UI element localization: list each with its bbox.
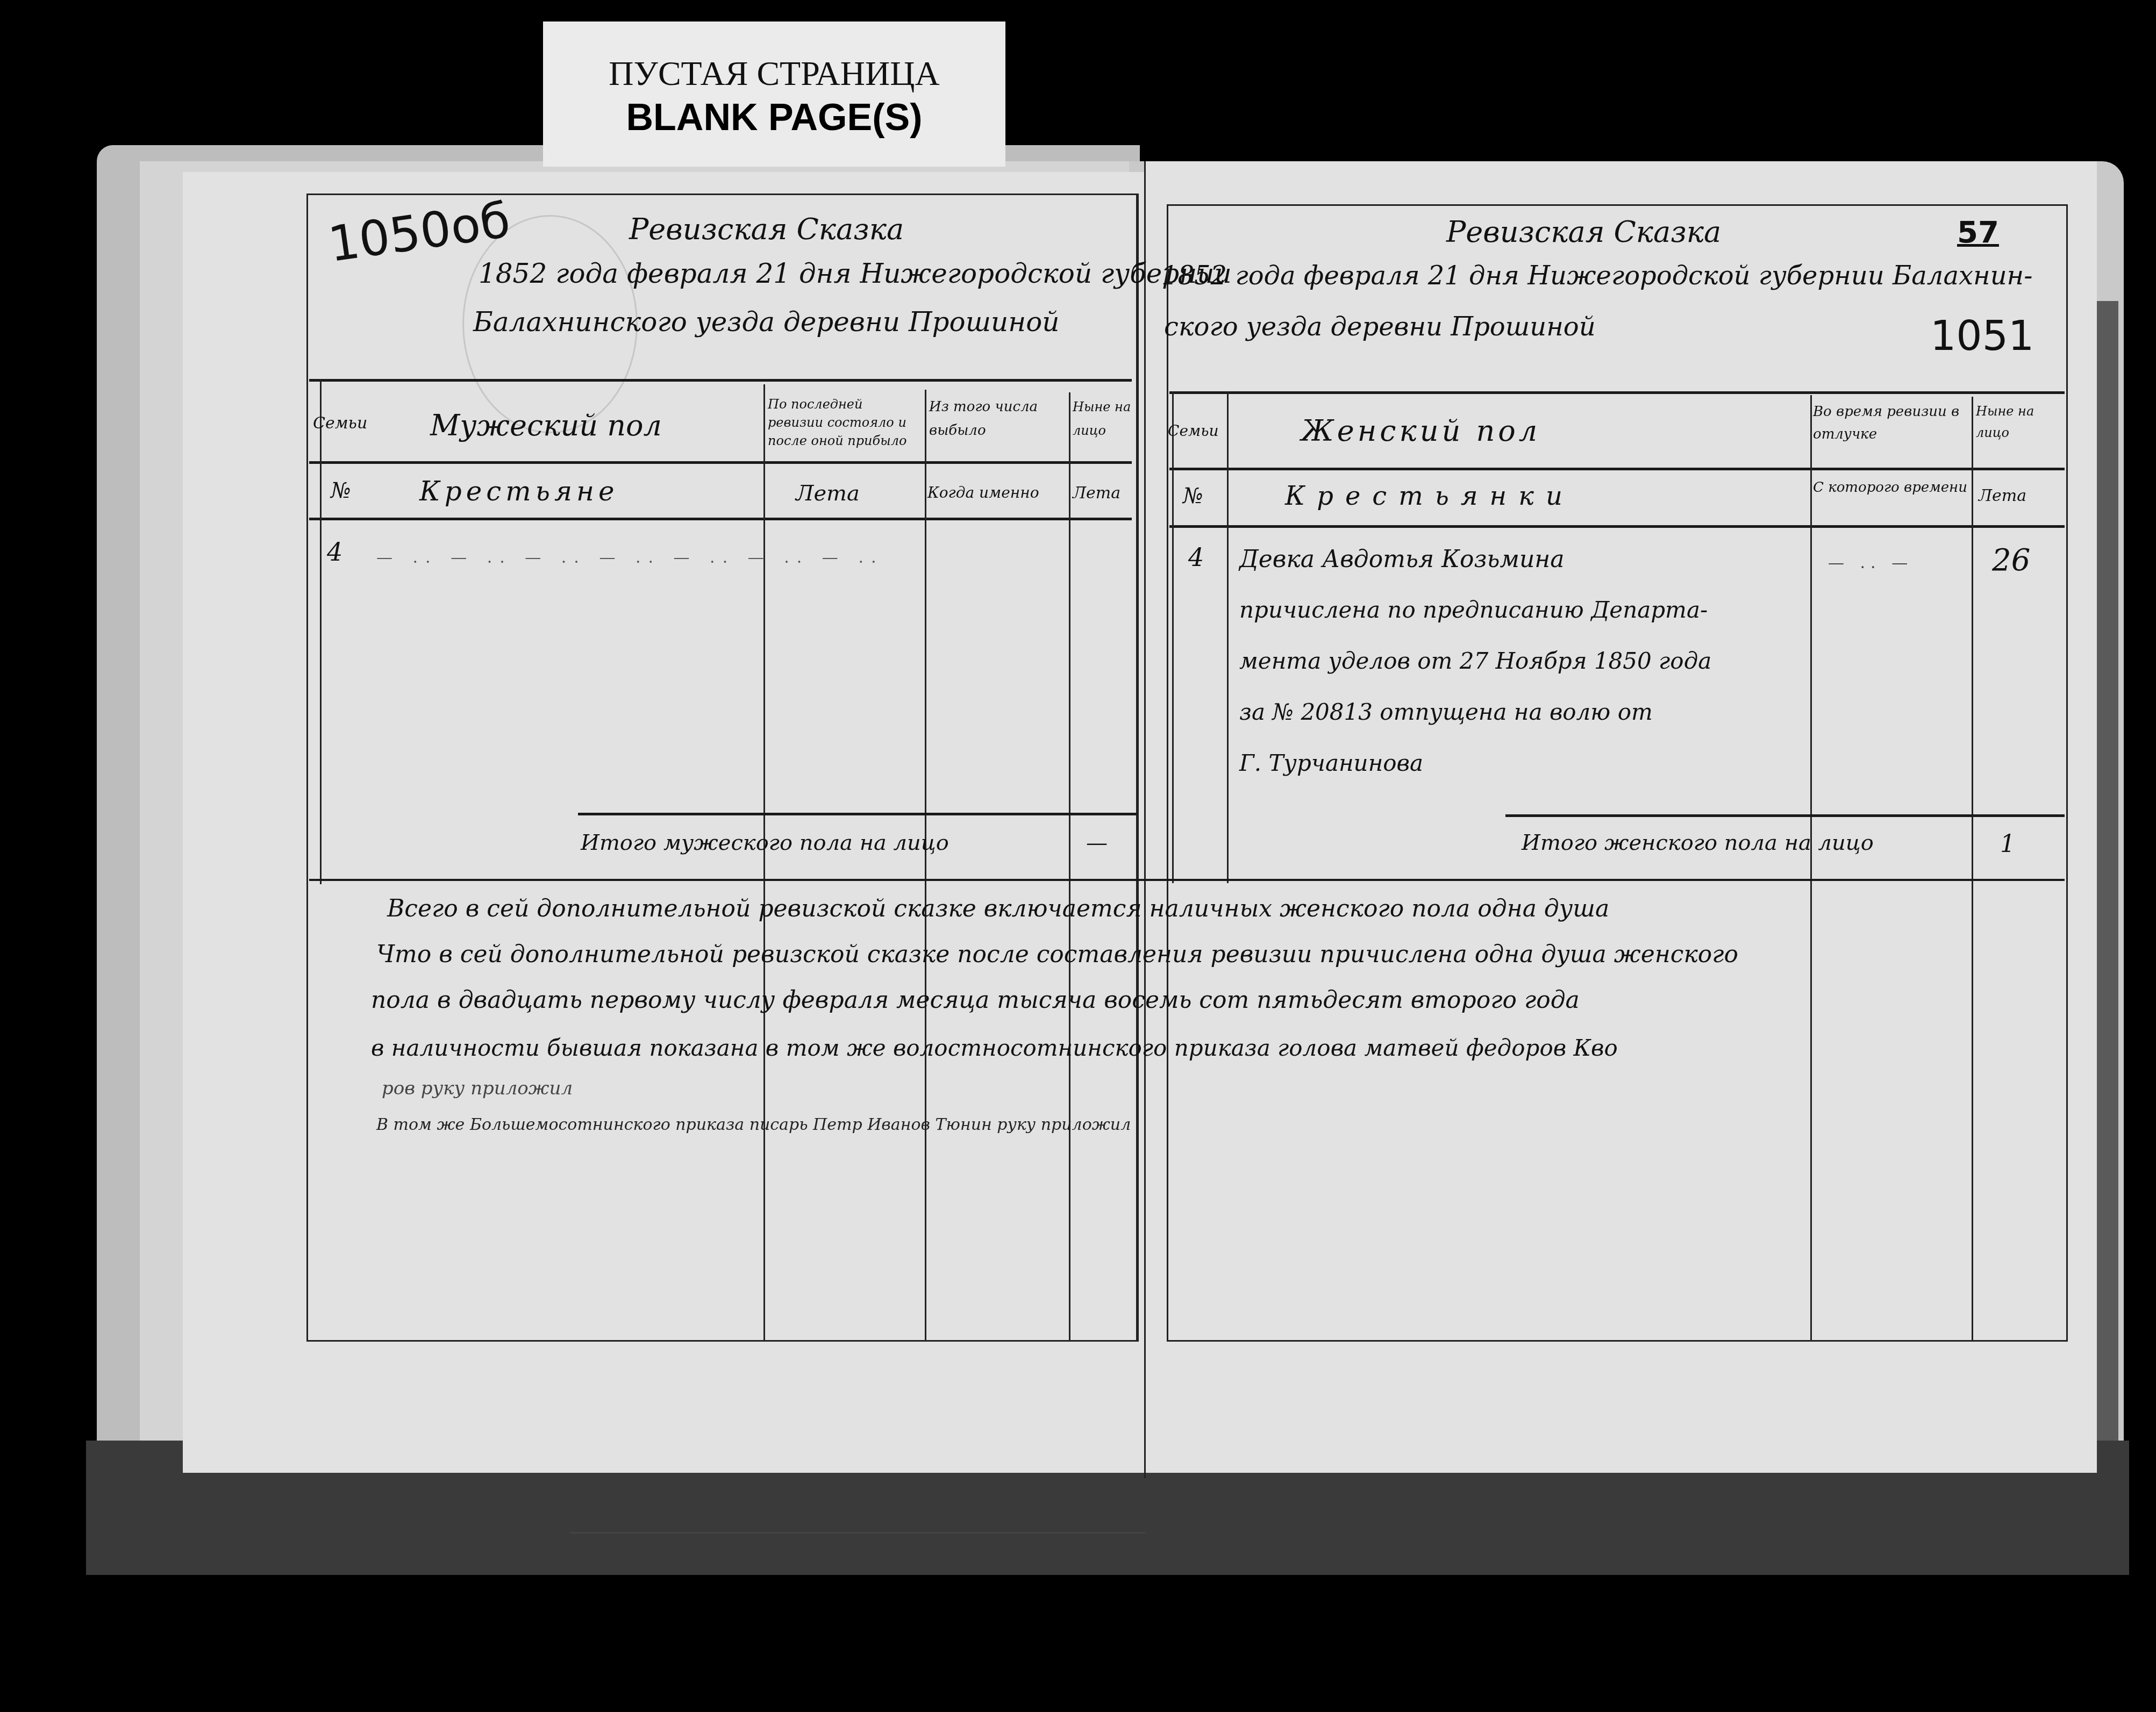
summary-line: пола в двадцать первому числу февраля ме… [371,986,1580,1014]
left-total-rule [578,813,1137,815]
right-col-families: Семьи [1168,422,1219,440]
summary-line: В том же Большемосотнинского приказа пис… [376,1115,1131,1134]
folio-right-sheet: 57 [1957,215,1999,250]
right-total-value: 1 [2000,830,2015,858]
left-total-label: Итого мужеского пола на лицо [581,830,949,855]
right-header-line1: 1852 года февраля 21 дня Нижегородской г… [1161,261,2032,291]
left-sub-families: № [331,478,351,503]
right-total-label: Итого женского пола на лицо [1522,830,1874,855]
left-sub-male: Крестьяне [419,476,619,507]
right-sub-absence: С которого времени [1813,476,1969,499]
right-sub-present: Лета [1979,486,2026,505]
right-sub-female: Крестьянки [1285,481,1574,511]
right-subheader-rule [1169,468,2065,470]
right-col-divider [1227,391,1229,883]
blank-page-label: ПУСТАЯ СТРАНИЦА BLANK PAGE(S) [543,22,1005,167]
left-title: Ревизская Сказка [629,212,904,246]
summary-line: в наличности бывшая показана в том же во… [371,1035,1618,1061]
summary-line: ров руку приложил [382,1078,573,1099]
left-col-divider [320,379,322,884]
right-entry-line: Девка Авдотья Козьмина [1239,546,1565,573]
right-col-divider [1972,397,1973,1341]
folio-right-number: 1051 [1930,312,2034,360]
water-stain-line [570,1532,1145,1534]
left-col-last-revision: По последней ревизии состояло и после он… [768,395,921,450]
right-family-no: 4 [1188,543,1204,572]
blank-label-en: BLANK PAGE(S) [543,96,1005,139]
right-col-divider [1172,391,1174,883]
blank-label-ru: ПУСТАЯ СТРАНИЦА [543,54,1005,94]
right-header-rule [1169,391,2065,394]
right-sub-families: № [1183,484,1203,508]
left-table-frame [306,194,1139,1342]
left-sub-last-revision: Лета [796,481,860,506]
right-row-rule [1169,525,2065,528]
left-col-present: Ныне на лицо [1073,395,1132,442]
right-col-divider [1810,395,1812,1341]
left-col-divider [1069,392,1070,1341]
right-col-absence: Во время ревизии в отлучке [1813,400,1969,446]
right-entry-line: за № 20813 отпущена на волю от [1239,699,1653,725]
left-sub-present: Лета [1073,484,1120,503]
left-subheader-rule [309,461,1132,464]
right-col-present: Ныне на лицо [1976,400,2065,443]
book-spine [1144,161,1146,1478]
summary-line: Всего в сей дополнительной ревизской ска… [387,895,1609,922]
right-header-line2: ского уезда деревни Прошиной [1164,312,1596,342]
right-total-rule [1505,814,2065,817]
left-col-from-these: Из того числа выбыло [929,395,1066,442]
right-col-female: Женский пол [1301,414,1540,448]
left-total-value: — [1086,830,1108,855]
left-header-line1: 1852 года февраля 21 дня Нижегородской г… [479,258,1232,289]
left-row-rule [309,518,1132,520]
left-row-dashes: — .. — .. — .. — .. — .. — .. — .. [376,548,883,567]
right-age: 26 [1992,543,2030,578]
left-header-line2: Балахнинского уезда деревни Прошиной [473,306,1059,338]
left-family-no: 4 [327,538,342,567]
right-entry-line: мента уделов от 27 Ноября 1850 года [1239,648,1711,674]
left-col-male: Мужеский пол [430,409,662,442]
right-title: Ревизская Сказка [1446,215,1721,249]
summary-line: Что в сей дополнительной ревизской сказк… [376,941,1738,968]
summary-rule [309,879,2065,881]
right-entry-line: причислена по предписанию Департа- [1239,597,1708,623]
right-entry-line: Г. Турчанинова [1239,750,1423,776]
right-absence-value: — .. — [1828,554,1913,572]
left-sub-from-these: Когда именно [927,484,1039,502]
left-col-families: Семьи [313,414,367,433]
left-header-rule [309,379,1132,382]
left-col-divider [925,390,926,1341]
left-col-divider [763,384,765,1341]
